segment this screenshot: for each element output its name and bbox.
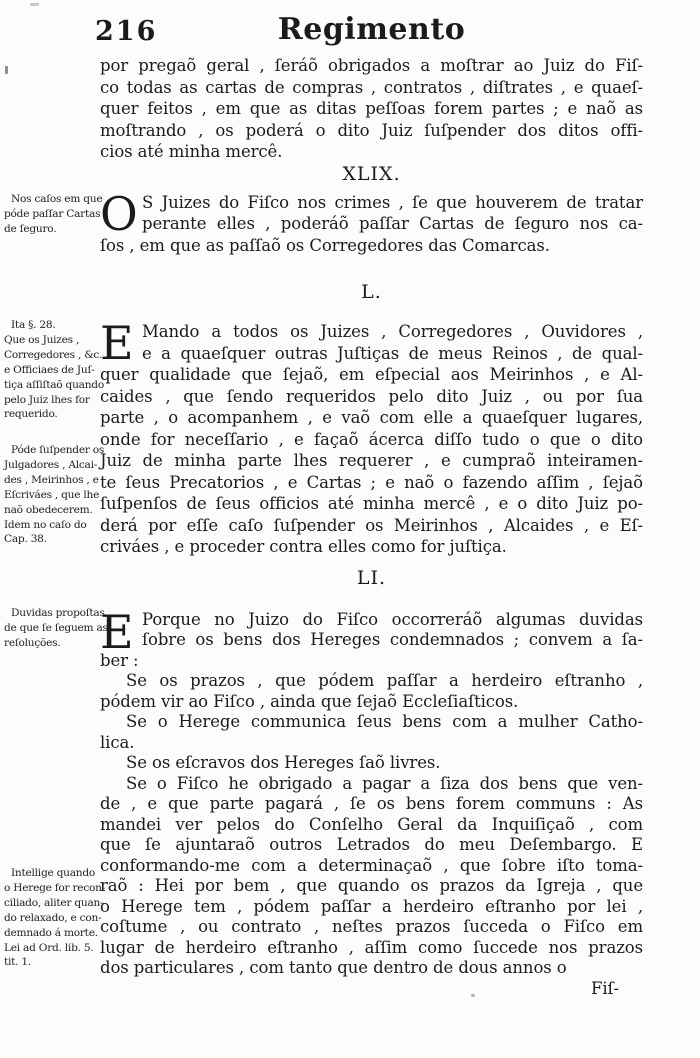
paragraph-xlix: O S Juizes do Fiſco nos crimes , ſe que … (100, 192, 643, 257)
page-header: 216 Regimento (0, 10, 700, 54)
paragraph-li-5: Se o Fiſco he obrigado a pagar a ſiza do… (100, 774, 643, 979)
paragraph-li-1: E Porque no Juizo do Fiſco occorreráõ al… (100, 610, 643, 672)
paragraph-li-4: Se os eſcravos dos Hereges ſaõ livres. (100, 753, 643, 774)
running-title: Regimento (100, 12, 643, 47)
drop-cap-e: E (100, 321, 133, 365)
section-heading-li: LI. (100, 567, 643, 589)
margin-note-pode-suspender: Póde ſuſpender osJulgadores , Alcai-des … (4, 443, 101, 547)
margin-note-cartas-de-seguro: Nos caſos em quepóde paſſar Cartasde ſeg… (4, 192, 101, 237)
book-page: 216 Regimento Nos caſos em quepóde paſſa… (0, 0, 700, 1058)
margin-note-duvidas: Duvidas propoſtasde que ſe ſeguem asreſo… (4, 606, 101, 651)
drop-cap-e: E (100, 610, 133, 654)
section-heading-xlix: XLIX. (100, 163, 643, 185)
text-column: por pregaõ geral , ſeráõ obrigados a moſ… (100, 55, 643, 999)
paragraph-continuation: por pregaõ geral , ſeráõ obrigados a moſ… (100, 55, 643, 163)
section-heading-l: L. (100, 281, 643, 303)
section-li-body: E Porque no Juizo do Fiſco occorreráõ al… (100, 610, 643, 1000)
drop-cap-o: O (100, 192, 138, 236)
paragraph-lines: Mando a todos os Juizes , Corregedores ,… (100, 321, 643, 558)
scan-speck (30, 3, 39, 6)
paragraph-lines: S Juizes do Fiſco nos crimes , ſe que ho… (100, 192, 643, 257)
catchword: Fiſ- (100, 979, 643, 1000)
margin-note-ita-28: Ita §. 28.Que os Juizes ,Corregedores , … (4, 318, 101, 422)
scan-speck (5, 66, 8, 74)
margin-note-intellige: Intellige quandoo Herege for recon-cilia… (4, 866, 101, 970)
paragraph-lines: Porque no Juizo do Fiſco occorreráõ algu… (100, 610, 643, 672)
paragraph-l: E Mando a todos os Juizes , Corregedores… (100, 321, 643, 558)
paragraph-li-2: Se os prazos , que pódem paſſar a herdei… (100, 671, 643, 712)
paragraph-li-3: Se o Herege communica ſeus bens com a mu… (100, 712, 643, 753)
